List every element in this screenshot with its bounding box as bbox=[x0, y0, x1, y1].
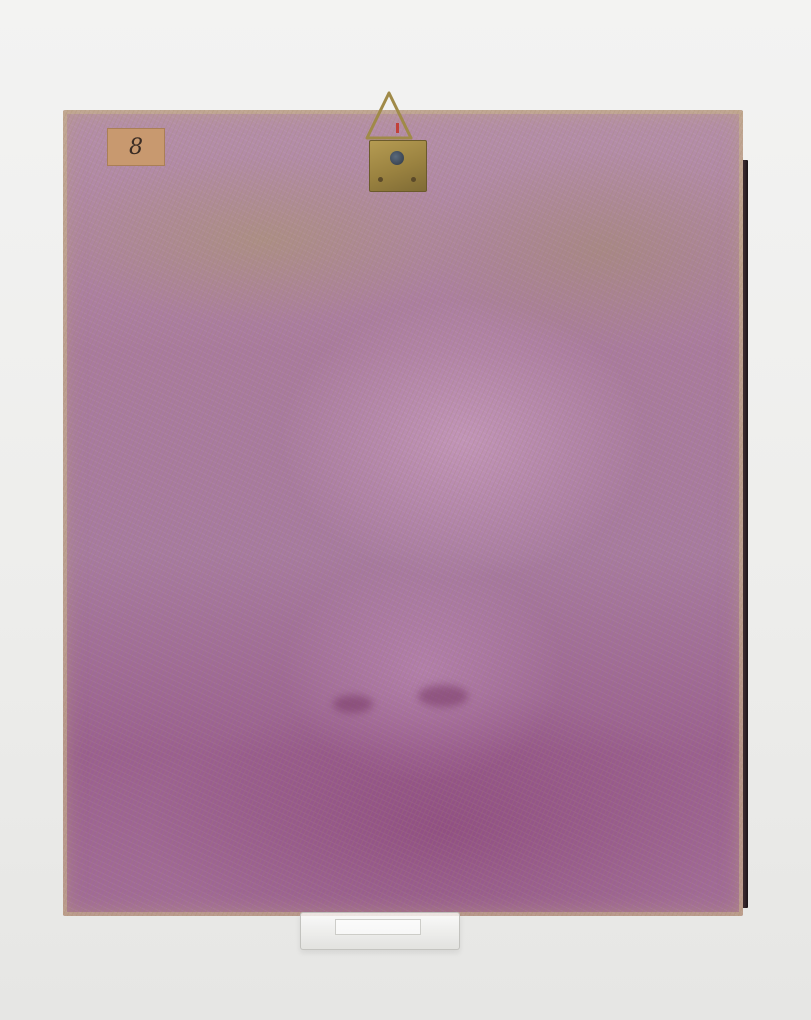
screw-hole bbox=[411, 177, 416, 182]
fabric-texture bbox=[63, 110, 743, 916]
stain bbox=[333, 695, 373, 713]
inventory-number-label: 8 bbox=[107, 128, 165, 166]
screw-hole bbox=[378, 177, 383, 182]
photo-scene: 8 bbox=[0, 0, 811, 1020]
stand-slot bbox=[335, 919, 421, 935]
red-mark bbox=[396, 123, 399, 133]
rivet-icon bbox=[390, 151, 404, 165]
label-number: 8 bbox=[129, 135, 143, 160]
acrylic-stand bbox=[300, 912, 460, 950]
fabric-covered-panel bbox=[63, 110, 743, 916]
stain bbox=[418, 685, 468, 707]
triangle-hanger-icon bbox=[363, 90, 415, 144]
hanger-plate bbox=[369, 140, 427, 192]
